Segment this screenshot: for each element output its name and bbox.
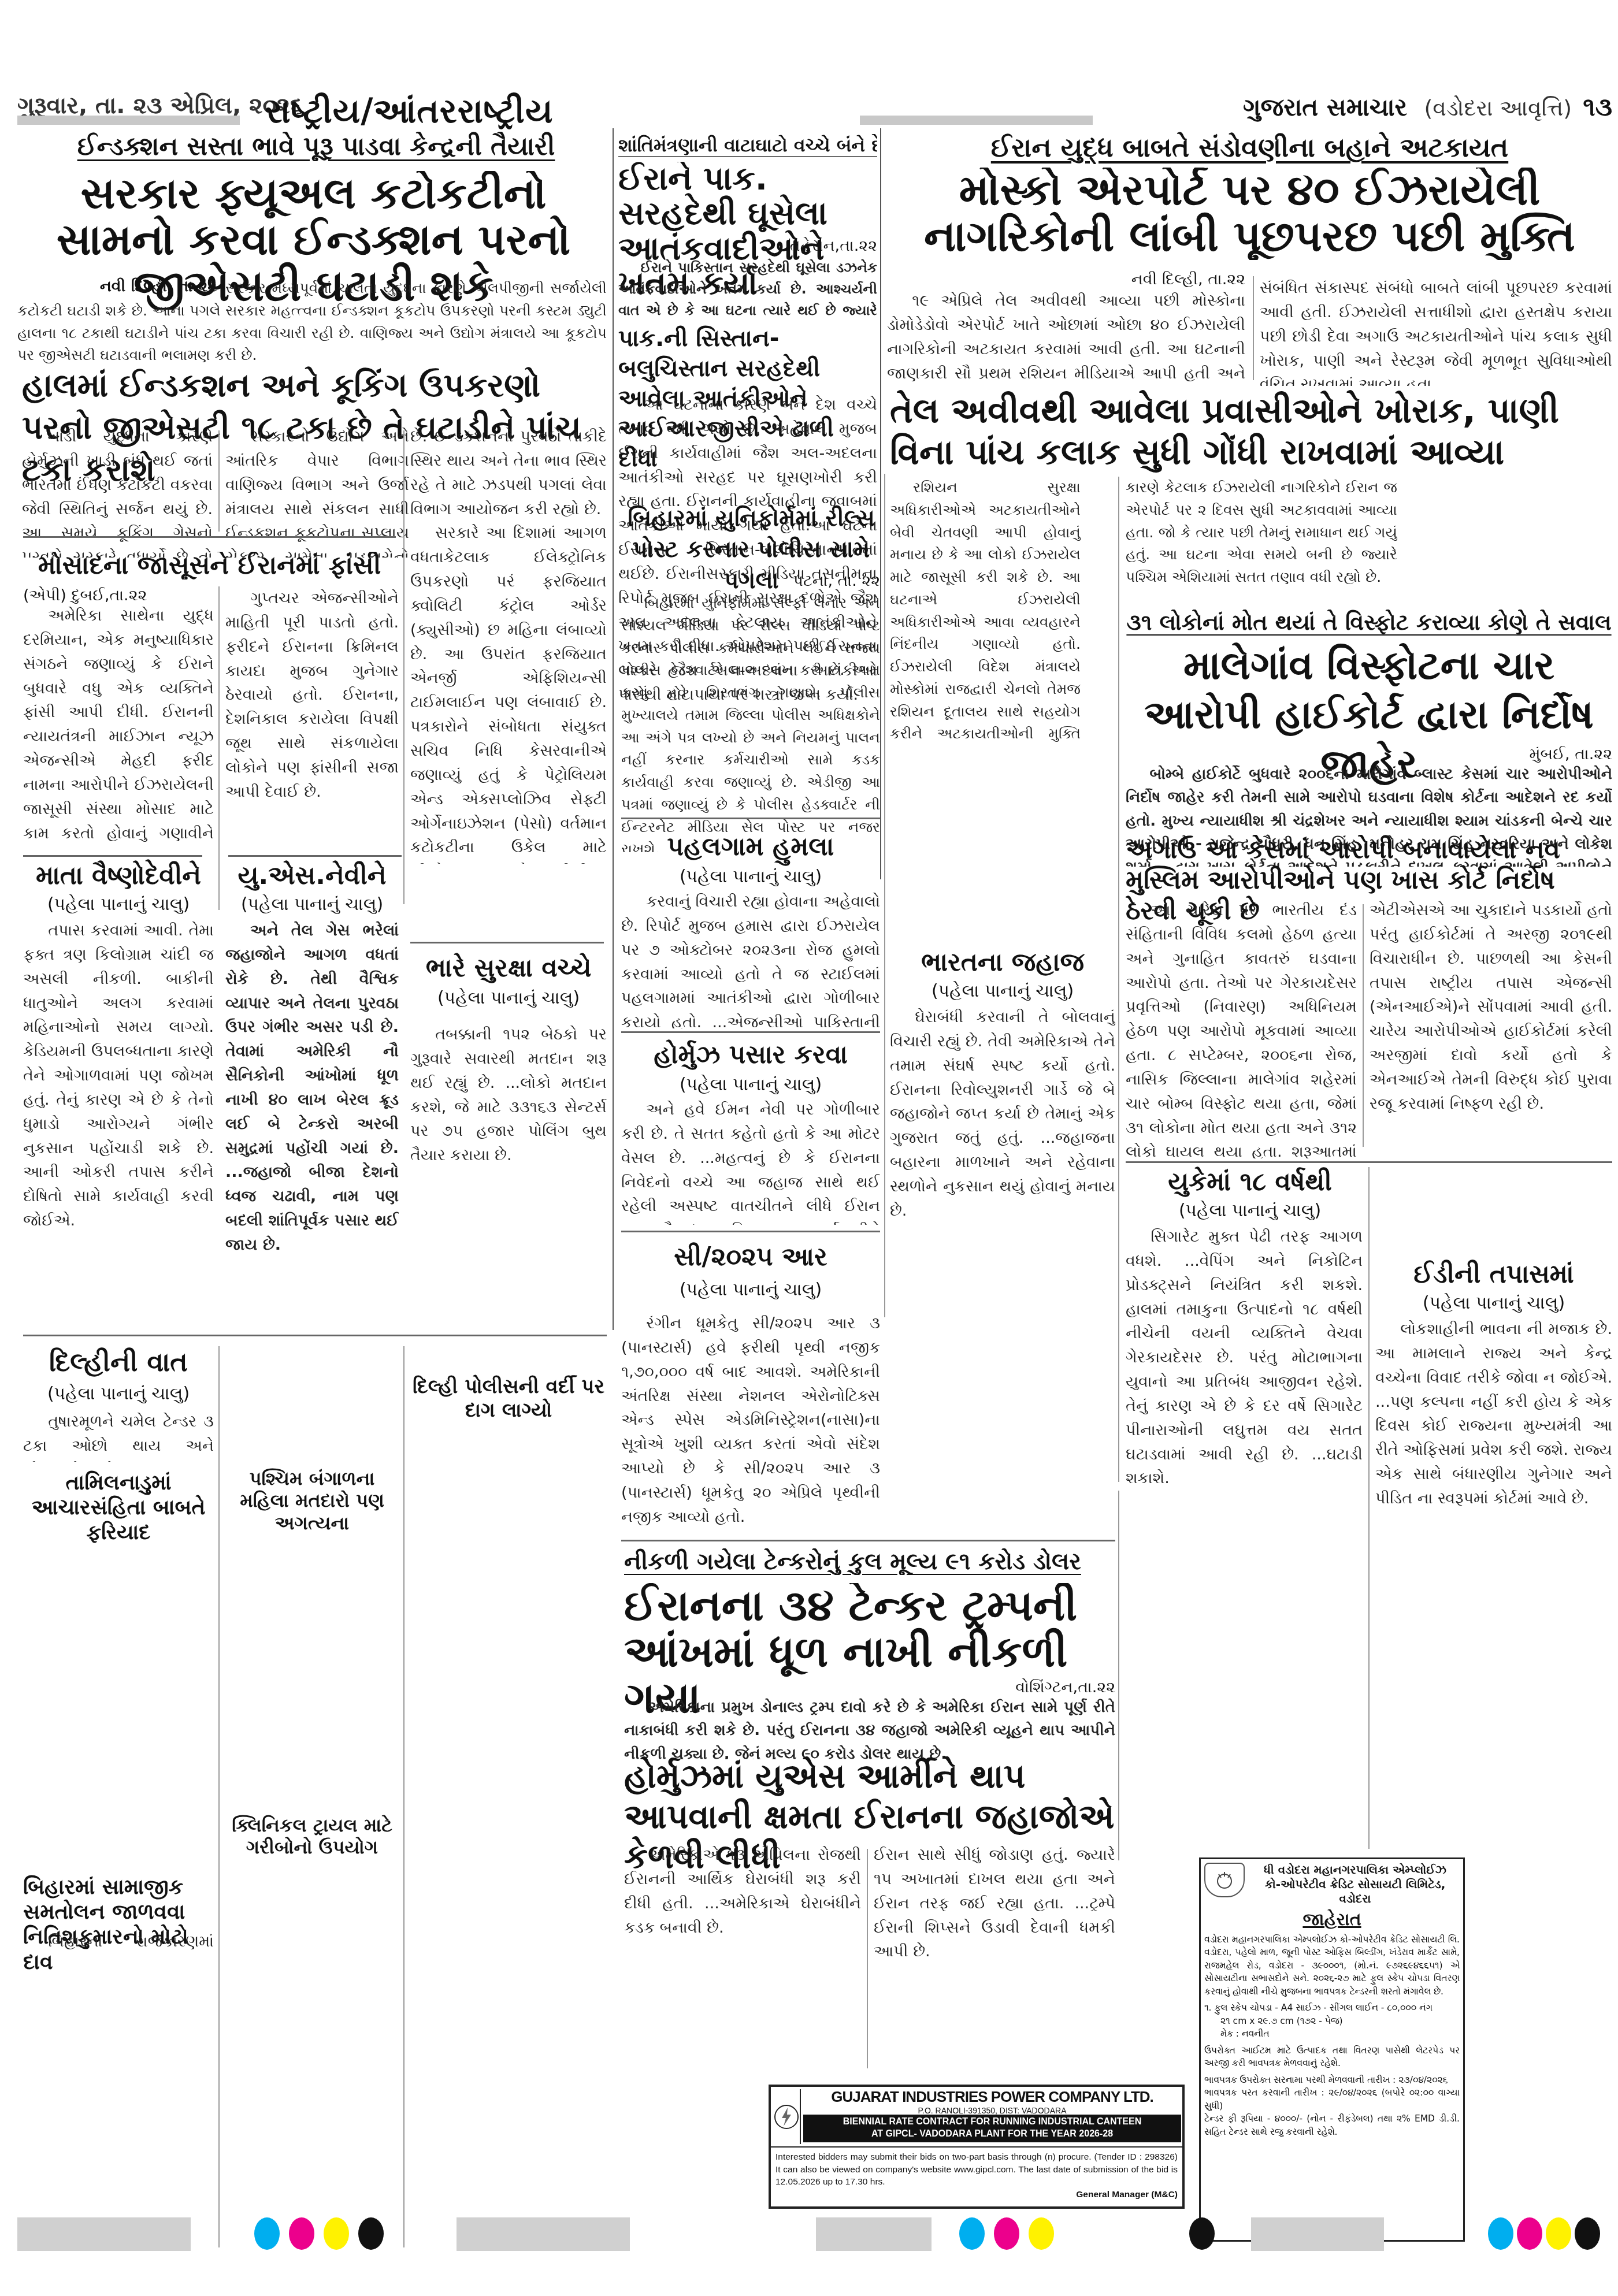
society-item-line2: ૨૧ cm x ૨૯.૭ cm (૧૭૨ - પેજ)	[1204, 2015, 1460, 2027]
bihar-police-body: બિહારમાં યુનિફોર્મમાં સેલ્ફી લેનાર અને સ…	[621, 592, 880, 852]
cont-label: (પહેલા પાનાનું ચાલુ)	[621, 1075, 880, 1095]
section-divider	[621, 1031, 880, 1033]
delhi-column-title: દિલ્હીની વાત	[23, 1346, 214, 1378]
society-org-line1: ધી વડોદરા મહાનગરપાલિકા એમ્પ્લોઈઝ	[1250, 1863, 1460, 1877]
column-rule	[1118, 1491, 1119, 1860]
society-date-collect: ભાવપત્રક ઉપરોક્ત સરનામા પરથી મેળવવાની તા…	[1204, 2074, 1460, 2086]
gipcl-address: P.O. RANOLI-391350, DIST: VADODARA	[803, 2106, 1181, 2115]
gipcl-company-name: GUJARAT INDUSTRIES POWER COMPANY LTD.	[803, 2088, 1181, 2106]
pak-lead: ઈરાને પાકિસ્તાન સરહદેથી ઘૂસેલા ડઝનેક આતં…	[618, 257, 877, 321]
section-divider	[23, 1335, 607, 1336]
cont-text-ed: લોકશાહીની ભાવના ની મજાક છે. આ મામલાને રા…	[1375, 1317, 1612, 1849]
page-number: ૧૩	[1583, 92, 1612, 122]
cont-title-pahalgam: પહલગામ હુમલા	[621, 832, 880, 863]
cont-text-bharat-jahaj: ઘેરાબંધી કરવાની તે બોલવાનું વિચારી રહ્યુ…	[890, 1005, 1115, 1514]
yellow-reg-mark	[1546, 2217, 1571, 2250]
column-rule	[1368, 1167, 1370, 1849]
column-rule	[1363, 904, 1364, 1147]
induction-col3: છે. ઈન્ડકશનનો પુરવઠો તાકીદે સ્થિર થાય અન…	[410, 425, 607, 864]
tankers-col2-text: ઈરાન સાથે સીધું જોડાણ હતું. જ્યારે ૧૫ અખ…	[874, 1843, 1115, 1964]
tankers-col2: ઈરાન સાથે સીધું જોડાણ હતું. જ્યારે ૧૫ અખ…	[874, 1843, 1115, 2074]
society-ad-title: જાહેરાત	[1204, 1909, 1460, 1930]
mossad-col1: અમેરિકા સાથેના યુદ્ધ દરમિયાન, એક મનુષ્યા…	[23, 604, 214, 846]
delhi-subhead-bengal: પશ્ચિમ બંગાળના મહિલા મતદારો પણ અગત્યના	[225, 1467, 399, 1534]
delhi-bihar-text: બિહારના રાજકારણમાં ઝડપથી સમીકરણો બદલાઈ ર…	[23, 1930, 214, 1953]
section-divider	[621, 1540, 1115, 1541]
malegaon-kicker: ૩૧ લોકોનાં મોત થયાં તે વિસ્ફોટ કરાવ્યા ક…	[1126, 610, 1612, 636]
column-rule	[403, 1346, 404, 2247]
cont-label: (પહેલા પાનાનું ચાલુ)	[410, 988, 607, 1008]
cont-text: અને હવે ઈમન નેવી પર ગોળીબાર કરી છે. તે સ…	[621, 1098, 880, 1225]
gipcl-title-line2: AT GIPCL- VADODARA PLANT FOR THE YEAR 20…	[805, 2128, 1179, 2141]
column-rule	[884, 474, 885, 1317]
cont-text-uk: સિગારેટ મુક્ત પેઢી તરફ આગળ વધશે. ...વેપિ…	[1126, 1225, 1363, 1849]
cont-label: (પહેલા પાનાનું ચાલુ)	[23, 894, 214, 915]
moscow-col4-text: કારણે કેટલાક ઈઝરાયેલી નાગરિકોને ઈરાન જ એ…	[1126, 477, 1397, 589]
section-divider	[228, 855, 402, 857]
cyan-reg-mark	[959, 2217, 985, 2250]
section-divider	[1126, 1161, 1612, 1163]
section-title: રાષ્ટ્રીય/આંતરરાષ્ટ્રીય	[247, 91, 571, 131]
cont-text: સિગારેટ મુક્ત પેઢી તરફ આગળ વધશે. ...વેપિ…	[1126, 1225, 1363, 1491]
society-intro: વડોદરા મહાનગરપાલિકા એમ્પલોઈઝ કો-ઓપરેટીવ …	[1204, 1933, 1460, 1998]
malegaon-col1-text: આ ચારેય પર ભારતીય દંડ સંહિતાની વિવિધ કલમ…	[1126, 898, 1357, 1158]
society-item-line3: મેક : નવનીત	[1204, 2027, 1460, 2040]
moscow-col3: રશિયન સુરક્ષા અધિકારીઓએ અટકાયતીઓને બેવી …	[890, 477, 1081, 742]
mossad-headline: મોસાદના જાસૂસને ઈરાનમાં ફાંસી	[23, 552, 396, 579]
delhi-subhead-tamilnadu: તામિલનાડુમાં આચારસંહિતા બાબતે ફરિયાદ	[23, 1470, 214, 1545]
cont-title-bharat-jahaj: ભારતના જહાજ	[890, 948, 1115, 978]
section-divider	[23, 536, 396, 538]
moscow-dateline: નવી દિલ્હી, તા.૨૨	[887, 270, 1245, 289]
column-rule	[218, 586, 220, 910]
section-divider	[410, 942, 604, 943]
cont-label: (પહેલા પાનાનું ચાલુ)	[890, 981, 1115, 1001]
delhi-subhead-bihar: બિહારમાં સામાજીક સમતોલન જાળવવા નિતિશકુમા…	[23, 1875, 214, 1975]
cont-label: (પહેલા પાનાનું ચાલુ)	[1375, 1293, 1612, 1313]
gipcl-body: Interested bidders may submit their bids…	[771, 2146, 1182, 2205]
cont-label: (પહેલા પાનાનું ચાલુ)	[1126, 1201, 1374, 1221]
induction-col3b-text: સરકારે આ દિશામાં આગળ વધતાકેટલાક ઈલેક્ટ્ર…	[410, 521, 607, 864]
yellow-reg-mark	[1029, 2217, 1054, 2250]
pak-lead-text: ઈરાને પાકિસ્તાન સરહદેથી ઘૂસેલા ડઝનેક આતં…	[618, 257, 877, 321]
mossad-dateline: (એપી) દુબઈ,તા.૨૨	[23, 586, 222, 605]
cont-text-pahalgam: કરવાનું વિચારી રહ્યા હોવાના અહેવાલો છે. …	[621, 890, 880, 1028]
malegaon-col1: આ ચારેય પર ભારતીય દંડ સંહિતાની વિવિધ કલમ…	[1126, 898, 1357, 1158]
column-rule	[1253, 276, 1254, 380]
cyan-reg-mark	[254, 2217, 280, 2250]
cont-text-security: તબક્કાની ૧૫૨ બેઠકો પર ગુરૂવારે સવારથી મત…	[410, 1023, 607, 1335]
cont-title-ed: ઈડીની તપાસમાં	[1375, 1260, 1612, 1290]
cont-text-usnavy: અને તેલ ગેસ ભરેલાં જહાજોને આગળ વધતાં રોક…	[225, 919, 399, 1335]
masthead-right: ગુજરાત સમાચાર (વડોદરા આવૃત્તિ) ૧૩	[965, 92, 1612, 122]
bihar-text: બિહારના રાજકારણમાં ઝડપથી સમીકરણો બદલાઈ ર…	[23, 1930, 214, 1953]
malegaon-col2: એટીએસએ આ ચુકાદાને પડકાર્યો હતો પરંતુ હાઈ…	[1370, 898, 1612, 1158]
moscow-col1-text: ૧૯ એપ્રિલે તેલ અવીવથી આવ્યા પછી મોસ્કોના…	[887, 289, 1245, 387]
tankers-kicker: નીકળી ગયેલા ટેન્કરોનું કુલ મૂલ્ય ૯૧ કરોડ…	[624, 1548, 1115, 1575]
masthead-rule-left	[17, 116, 240, 125]
delhi-subhead-police: દિલ્હી પોલીસની વર્દી પર દાગ લાગ્યો	[410, 1375, 607, 1422]
paper-name: ગુજરાત સમાચાર	[1243, 93, 1407, 121]
malegaon-kicker-band: ૩૧ લોકોનાં મોત થયાં તે વિસ્ફોટ કરાવ્યા ક…	[1126, 610, 1612, 638]
mossad-col2: ગુપ્તચર એજન્સીઓને માહિતી પૂરી પાડતો હતો.…	[225, 586, 399, 846]
print-reg-bar	[816, 2217, 932, 2251]
gipcl-tender-ad: GUJARAT INDUSTRIES POWER COMPANY LTD. P.…	[769, 2085, 1185, 2209]
cont-title-mata: માતા વૈષ્ણોદેવીને	[23, 861, 214, 891]
section-divider	[23, 855, 202, 857]
tankers-col1: અમેરિકાએ ૧૩ એપ્રિલના રોજથી ઈરાનની આર્થિક…	[624, 1843, 861, 2074]
column-rule	[1118, 615, 1119, 1482]
delhi-text: તુષારમૂળને ચમેલ ટેન્ડર ૩ ટકા ઓછો થાય અને…	[23, 1410, 214, 1462]
column-rule	[218, 430, 220, 532]
edition-label: (વડોદરા આવૃત્તિ)	[1424, 95, 1572, 121]
society-emblem-icon	[1213, 1868, 1236, 1892]
cont-text: રંગીન ધૂમકેતુ સી/૨૦૨૫ આર ૩ (પાનસ્ટાર્સ) …	[621, 1312, 880, 1525]
cont-text-comet: રંગીન ધૂમકેતુ સી/૨૦૨૫ આર ૩ (પાનસ્ટાર્સ) …	[621, 1312, 880, 1525]
gipcl-signatory: General Manager (M&C)	[775, 2189, 1178, 2201]
cont-text: ઘેરાબંધી કરવાની તે બોલવાનું વિચારી રહ્યુ…	[890, 1005, 1115, 1223]
moscow-kicker: ઈરાન યુદ્ધ બાબતે સંડોવણીના બહાને અટકાયત	[887, 132, 1612, 164]
pak-kicker: શાંતિમંત્રણાની વાટાઘાટો વચ્ચે બંને દેશો …	[618, 134, 877, 157]
column-rule	[218, 1346, 220, 2247]
cont-title-security: ભારે સુરક્ષા વચ્ચે	[410, 953, 607, 984]
cont-title-usnavy: યુ.એસ.નેવીને	[225, 861, 399, 891]
gipcl-logo	[773, 2089, 801, 2144]
cont-label: (પહેલા પાનાનું ચાલુ)	[621, 1280, 880, 1300]
pak-dateline: તહેરાન,તા.૨૨	[618, 237, 877, 255]
cont-text: તબક્કાની ૧૫૨ બેઠકો પર ગુરૂવારે સવારથી મત…	[410, 1023, 607, 1168]
column-rule	[867, 1849, 868, 2068]
cont-text: તપાસ કરવામાં આવી. તેમા ફક્ત ત્રણ કિલોગ્ર…	[23, 919, 214, 1233]
black-reg-mark	[358, 2217, 384, 2250]
magenta-reg-mark	[994, 2217, 1019, 2250]
cont-text: કરવાનું વિચારી રહ્યા હોવાના અહેવાલો છે. …	[621, 890, 880, 1028]
society-para2: ઉપરોક્ત આઈટમ માટે ઉત્પાદક તથા વિતરણ પાસે…	[1204, 2044, 1460, 2070]
column-rule	[1118, 477, 1119, 615]
magenta-reg-mark	[289, 2217, 314, 2250]
section-divider	[621, 818, 880, 819]
moscow-headline: મોસ્કો એરપોર્ટ પર ૪૦ ઈઝરાયેલી નાગરિકોની …	[887, 168, 1612, 260]
section-divider	[621, 1231, 880, 1232]
moscow-col1: ૧૯ એપ્રિલે તેલ અવીવથી આવ્યા પછી મોસ્કોના…	[887, 289, 1245, 387]
moscow-col3-text: રશિયન સુરક્ષા અધિકારીઓએ અટકાયતીઓને બેવી …	[890, 477, 1081, 742]
cyan-reg-mark	[1488, 2217, 1513, 2250]
tankers-col1-text: અમેરિકાએ ૧૩ એપ્રિલના રોજથી ઈરાનની આર્થિક…	[624, 1843, 861, 1940]
black-reg-mark	[1189, 2217, 1215, 2250]
society-tender-ad: ધી વડોદરા મહાનગરપાલિકા એમ્પ્લોઈઝ કો-ઓપરે…	[1199, 1857, 1465, 2242]
print-reg-bar	[1251, 2217, 1384, 2251]
bihar-police-text: બિહારમાં યુનિફોર્મમાં સેલ્ફી લેનાર અને સ…	[621, 592, 880, 852]
column-rule	[613, 128, 614, 1330]
yellow-reg-mark	[324, 2217, 349, 2250]
cont-title-hormuz: હોર્મુઝ પસાર કરવા	[621, 1040, 880, 1071]
society-logo	[1204, 1863, 1245, 1897]
moscow-col4: કારણે કેટલાક ઈઝરાયેલી નાગરિકોને ઈરાન જ એ…	[1126, 477, 1397, 615]
cont-title-uk: યુકેમાં ૧૮ વર્ષથી	[1126, 1167, 1374, 1198]
moscow-col2-text: સંબંધિત સંકાસ્પદ સંબંધો બાબતે લાંબી પૂછપ…	[1260, 276, 1612, 386]
cont-label: (પહેલા પાનાનું ચાલુ)	[23, 1384, 214, 1404]
society-org-line2: કો-ઓપરેટીવ ક્રેડિટ સોસાયટી લિમિટેડ, વડોદ…	[1250, 1877, 1460, 1906]
cont-text: લોકશાહીની ભાવના ની મજાક છે. આ મામલાને રા…	[1375, 1317, 1612, 1511]
delhi-subhead-clinical: ક્લિનિકલ ટ્રાયલ માટે ગરીબોનો ઉપયોગ	[225, 1814, 399, 1859]
mossad-text2: ગુપ્તચર એજન્સીઓને માહિતી પૂરી પાડતો હતો.…	[225, 586, 399, 804]
cont-label: (પહેલા પાનાનું ચાલુ)	[621, 867, 880, 887]
lightning-fist-icon	[774, 2104, 799, 2130]
induction-lead-text: સરકાર મધ્યપૂર્વમાં ચાલતા યુદ્ધના કારણે એ…	[17, 277, 607, 364]
cont-label: (પહેલા પાનાનું ચાલુ)	[225, 894, 399, 915]
tankers-dateline: વોશિંગ્ટન,તા.૨૨	[624, 1678, 1115, 1697]
moscow-subheadline: તેલ અવીવથી આવેલા પ્રવાસીઓને ખોરાક, પાણી …	[890, 390, 1612, 473]
black-reg-mark	[1575, 2217, 1600, 2250]
society-item-line1: ૧. ફુલ સ્કેપ ચોપડા - A4 સાઈઝ - સીંગલ લાઈ…	[1204, 2001, 1460, 2014]
malegaon-col2-text: એટીએસએ આ ચુકાદાને પડકાર્યો હતો પરંતુ હાઈ…	[1370, 898, 1612, 1116]
gipcl-title-line1: BIENNIAL RATE CONTRACT FOR RUNNING INDUS…	[805, 2116, 1179, 2128]
society-tender-fee: ટેન્ડર ફી રૂપિયા - ૪૦૦૦/- (નોન - રીફંડેબ…	[1204, 2112, 1460, 2138]
tankers-lead: અમેરિકાના પ્રમુખ ડોનાલ્ડ ટ્રમ્પ દાવો કરે…	[624, 1696, 1115, 1759]
induction-col3a-text: છે. ઈન્ડકશનનો પુરવઠો તાકીદે સ્થિર થાય અન…	[410, 425, 607, 521]
cont-text-hormuz: અને હવે ઈમન નેવી પર ગોળીબાર કરી છે. તે સ…	[621, 1098, 880, 1225]
induction-kicker: ઈન્ડક્શન સસ્તા ભાવે પૂરૂ પાડવા કેન્દ્રની…	[24, 132, 608, 161]
cont-text: અને તેલ ગેસ ભરેલાં જહાજોને આગળ વધતાં રોક…	[225, 919, 399, 1257]
bihar-police-dateline: પટના, તા. ૨૨	[621, 572, 880, 590]
magenta-reg-mark	[1517, 2217, 1542, 2250]
gipcl-body-text: Interested bidders may submit their bids…	[775, 2152, 1178, 2187]
malegaon-dateline: મુંબઈ, તા.૨૨	[1126, 745, 1612, 764]
mossad-text: અમેરિકા સાથેના યુદ્ધ દરમિયાન, એક મનુષ્યા…	[23, 604, 214, 846]
cont-text-mata: તપાસ કરવામાં આવી. તેમા ફક્ત ત્રણ કિલોગ્ર…	[23, 919, 214, 1335]
induction-lead: સરકાર મધ્યપૂર્વમાં ચાલતા યુદ્ધના કારણે એ…	[17, 277, 607, 364]
print-reg-bar	[457, 2217, 630, 2251]
column-rule	[403, 430, 404, 904]
moscow-col2: સંબંધિત સંકાસ્પદ સંબંધો બાબતે લાંબી પૂછપ…	[1260, 276, 1612, 386]
cont-title-comet: સી/૨૦૨૫ આર	[621, 1242, 880, 1273]
cont-text: તુષારમૂળને ચમેલ ટેન્ડર ૩ ટકા ઓછો થાય અને…	[23, 1410, 214, 1462]
society-date-return: ભાવપત્રક પરત કરવાની તારીખ : ૨૯/૦૪/૨૦૨૬ (…	[1204, 2086, 1460, 2112]
print-reg-bar	[17, 2217, 191, 2251]
tankers-lead-text: અમેરિકાના પ્રમુખ ડોનાલ્ડ ટ્રમ્પ દાવો કરે…	[624, 1696, 1115, 1759]
gipcl-title-band: BIENNIAL RATE CONTRACT FOR RUNNING INDUS…	[803, 2115, 1181, 2142]
